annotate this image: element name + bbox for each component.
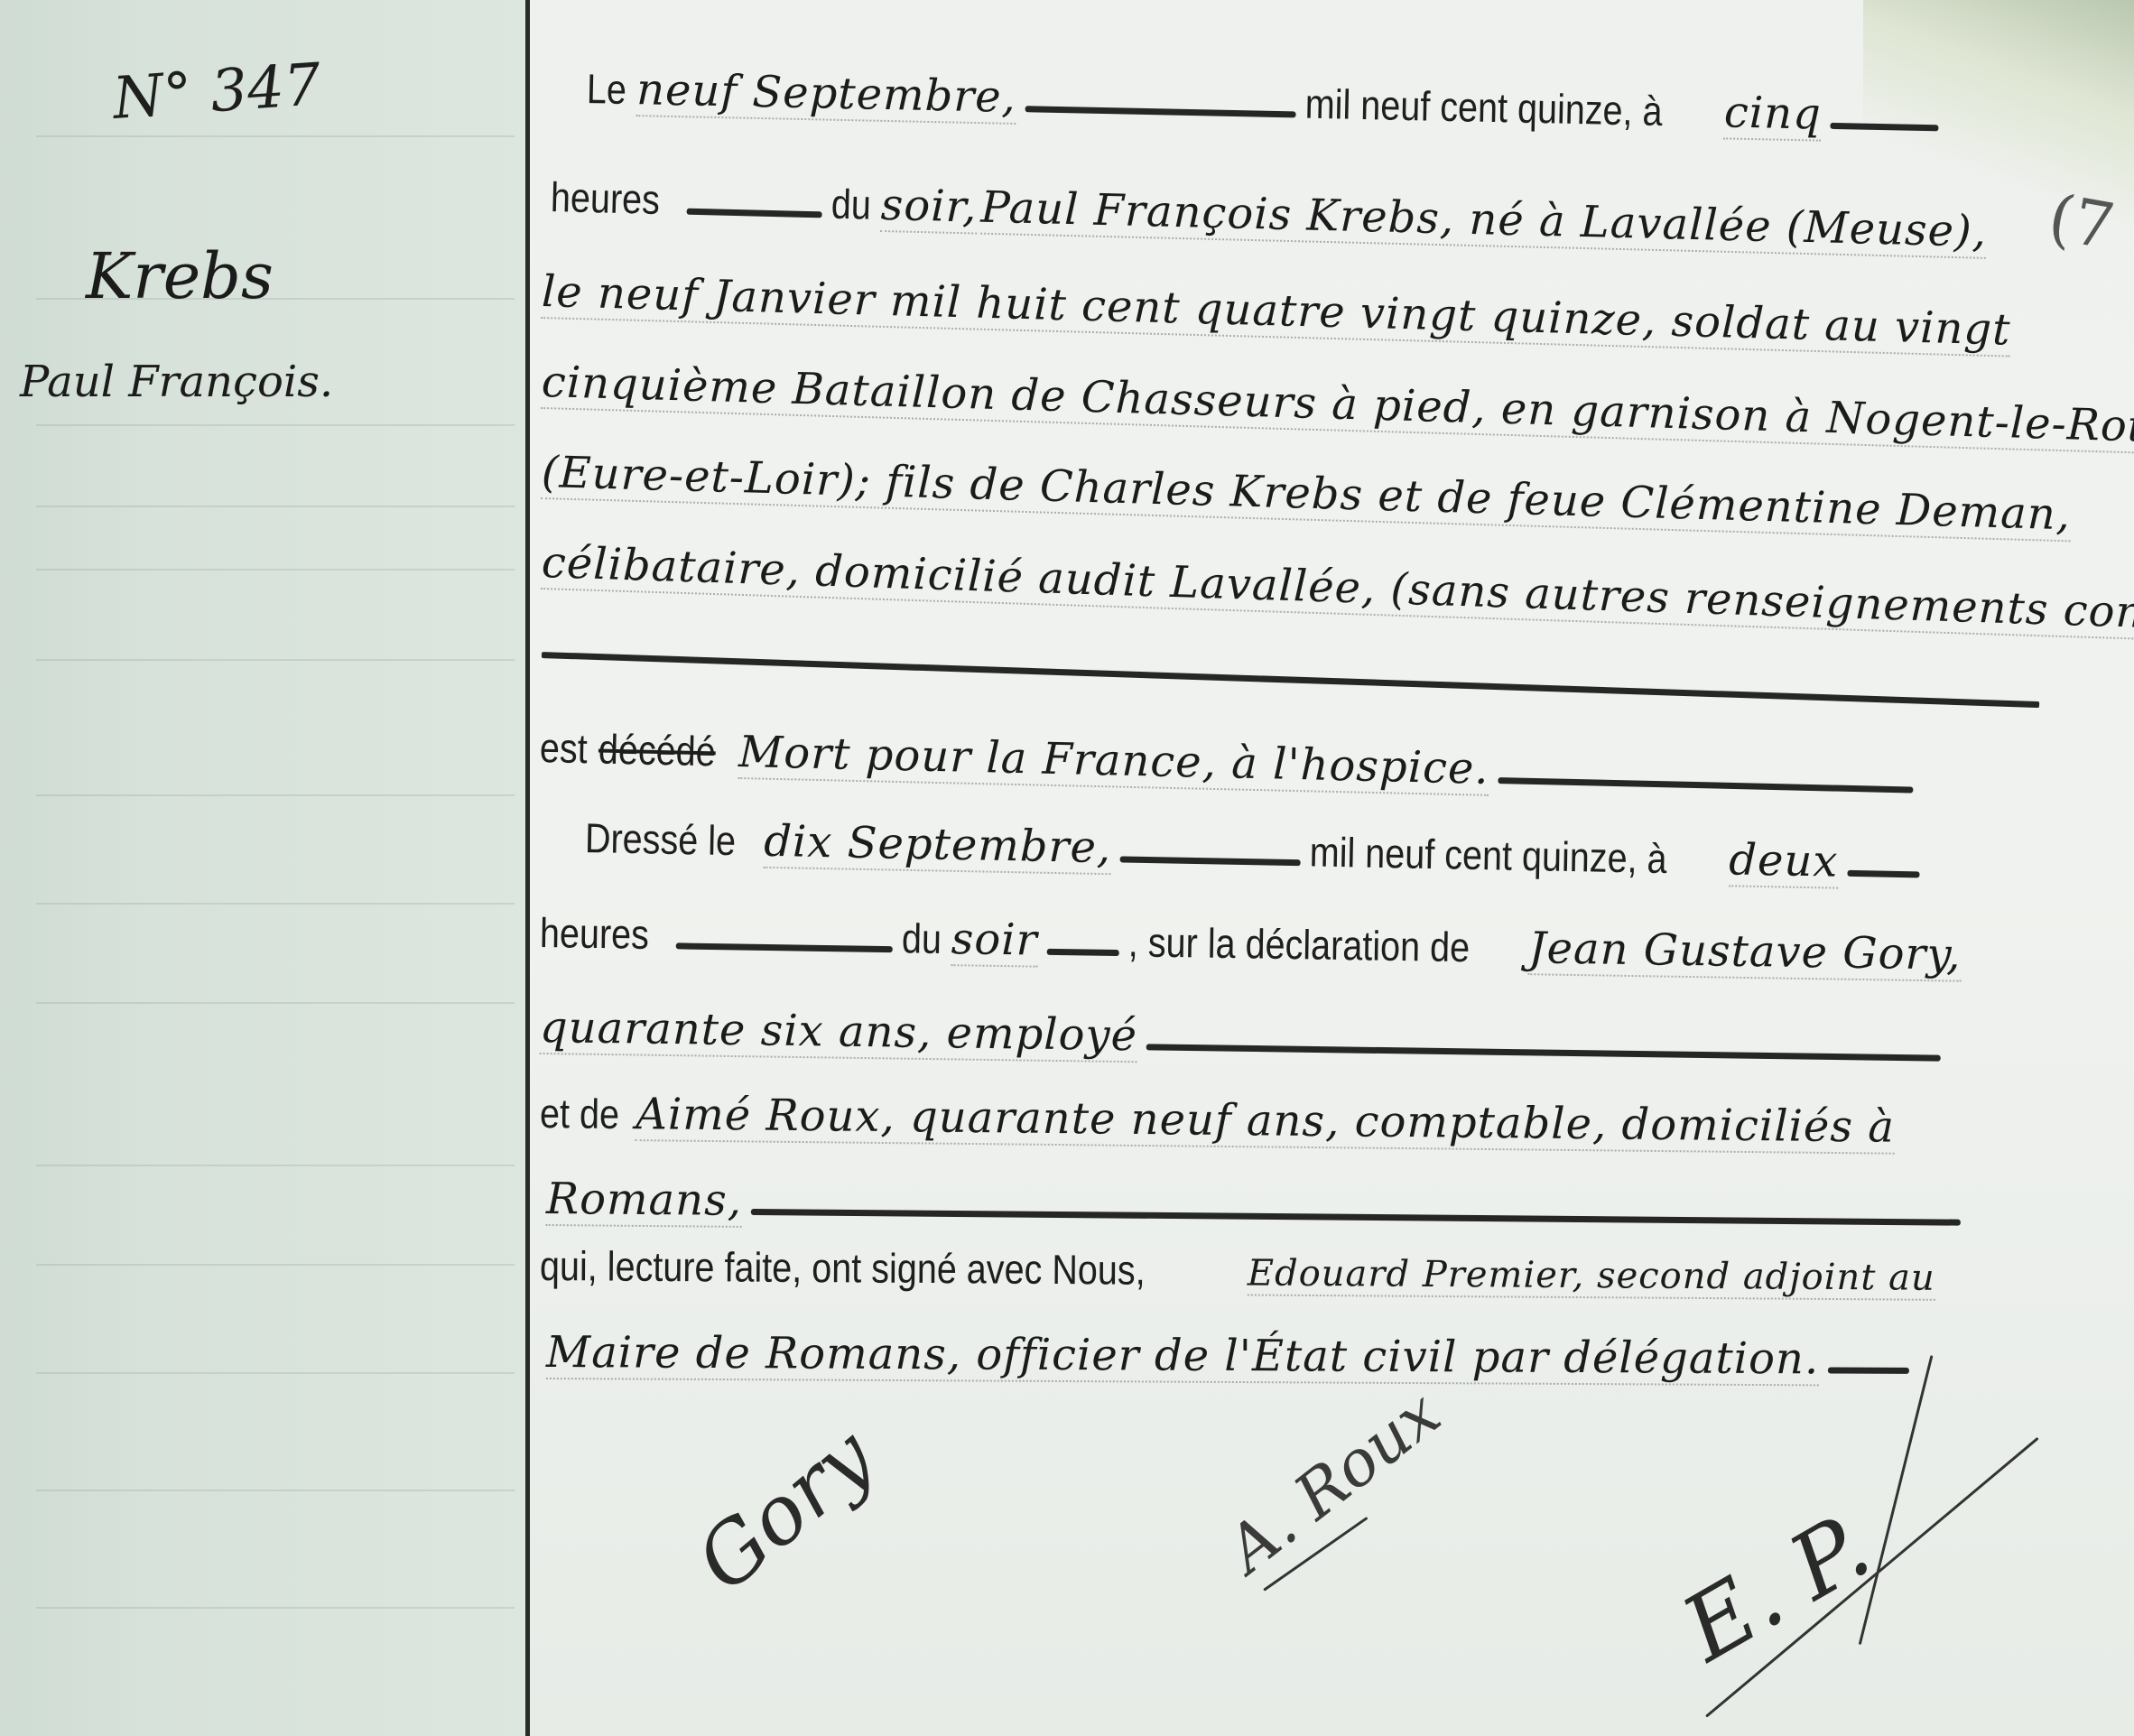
printed-le: Le xyxy=(586,64,626,114)
left-margin-column: N° 347 Krebs Paul François. xyxy=(0,0,528,1736)
record-period: soir xyxy=(951,914,1038,967)
printed-du: du xyxy=(830,180,871,229)
death-date: neuf Septembre, xyxy=(636,64,1017,125)
printed-declaration: , sur la déclaration de xyxy=(1127,917,1470,971)
fill-dash xyxy=(1025,106,1296,117)
domicile-town: Romans, xyxy=(546,1174,742,1228)
fill-dash xyxy=(675,942,892,952)
act-line-14: qui, lecture faite, ont signé avec Nous,… xyxy=(540,1241,1935,1300)
act-line-15: Maire de Romans, officier de l'État civi… xyxy=(546,1327,1915,1385)
fill-dash xyxy=(1498,777,1913,793)
printed-year: mil neuf cent quinze, à xyxy=(1310,827,1668,883)
printed-est: est xyxy=(539,723,588,773)
printed-year: mil neuf cent quinze, à xyxy=(1304,79,1663,135)
fill-dash xyxy=(686,209,821,218)
record-hour: deux xyxy=(1729,834,1839,888)
side-annotation: (7 xyxy=(2043,180,2120,264)
fill-dash xyxy=(1828,1367,1909,1373)
struck-decede: décédé xyxy=(598,724,717,775)
margin-given-names: Paul François. xyxy=(20,357,333,407)
fill-dash xyxy=(1831,123,1939,132)
officer-title: Maire de Romans, officier de l'État civi… xyxy=(546,1327,1820,1386)
record-number: N° 347 xyxy=(111,51,323,133)
margin-surname: Krebs xyxy=(86,239,274,313)
death-period: soir, xyxy=(880,180,978,235)
printed-signature-clause: qui, lecture faite, ont signé avec Nous, xyxy=(540,1241,1146,1295)
printed-heures: heures xyxy=(550,172,660,224)
officer-name: Edouard Premier, second adjoint au xyxy=(1248,1252,1935,1300)
printed-dresse-le: Dressé le xyxy=(584,813,736,865)
fill-dash xyxy=(1120,856,1301,866)
death-hour: cinq xyxy=(1723,87,1822,141)
fill-dash xyxy=(1847,870,1919,878)
printed-et-de: et de xyxy=(540,1089,620,1138)
fill-dash xyxy=(1146,1044,1941,1061)
record-date: dix Septembre, xyxy=(764,816,1112,875)
declarant-1: Jean Gustave Gory, xyxy=(1528,923,1962,982)
fill-dash xyxy=(751,1209,1961,1226)
declarant-1-details: quarante six ans, employé xyxy=(540,1002,1138,1063)
register-page: N° 347 Krebs Paul François. Le neuf Sept… xyxy=(0,0,2134,1736)
printed-du: du xyxy=(901,914,942,963)
fill-dash xyxy=(1046,949,1118,956)
printed-heures: heures xyxy=(540,908,650,959)
